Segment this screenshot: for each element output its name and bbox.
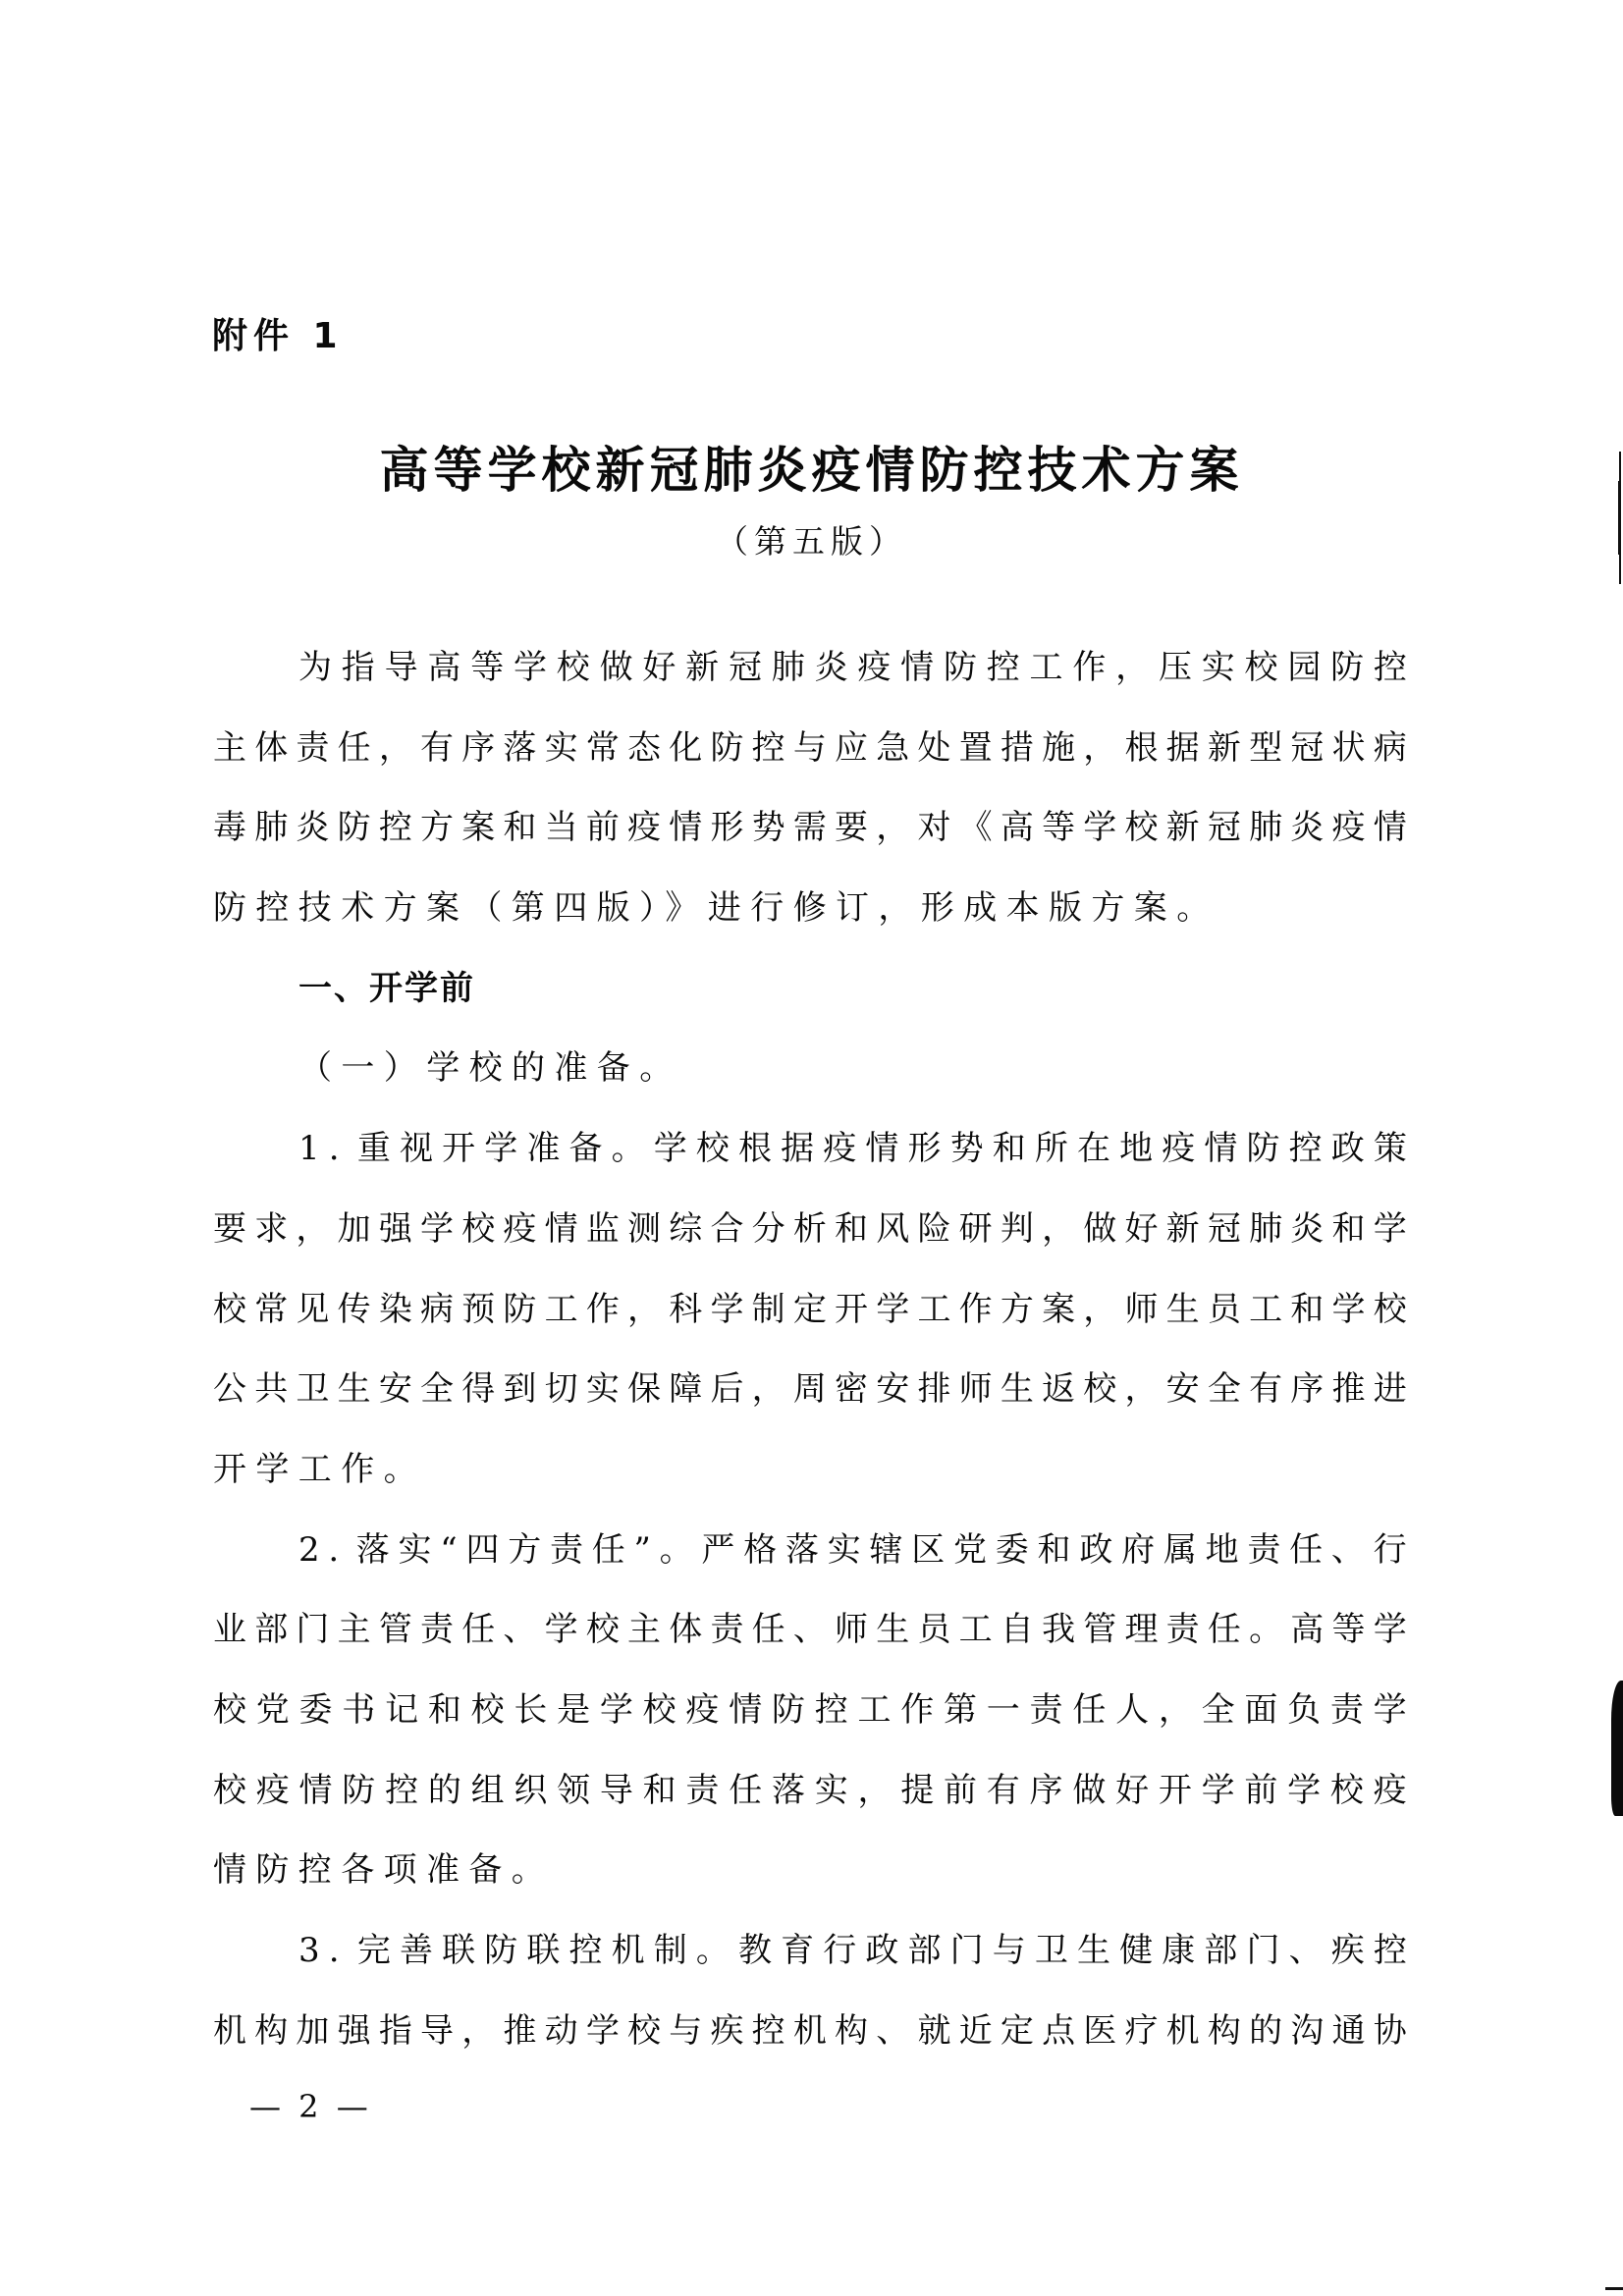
item-3-line: 3. 完善联防联控机制。教育行政部门与卫生健康部门、疾控 [213,1926,1407,2006]
document-subtitle: （第五版） [0,518,1623,565]
item-3-line: 机构加强指导，推动学校与疾控机构、就近定点医疗机构的沟通协 [213,2006,1407,2087]
document-title: 高等学校新冠肺炎疫情防控技术方案 [0,438,1623,503]
intro-paragraph-line: 毒肺炎防控方案和当前疫情形势需要，对《高等学校新冠肺炎疫情 [213,803,1407,883]
item-2-line: 校疫情防控的组织领导和责任落实，提前有序做好开学前学校疫 [213,1766,1407,1846]
scan-edge-mark [1619,452,1621,584]
item-2-line: 情防控各项准备。 [213,1845,1407,1926]
item-1-line: 要求，加强学校疫情监测综合分析和风险研判，做好新冠肺炎和学 [213,1204,1407,1285]
section-heading: 一、开学前 [213,964,1407,1044]
item-2-line: 校党委书记和校长是学校疫情防控工作第一责任人，全面负责学 [213,1685,1407,1766]
item-2-line: 业部门主管责任、学校主体责任、师生员工自我管理责任。高等学 [213,1605,1407,1685]
attachment-label: 附件 1 [212,312,344,361]
document-body: 为指导高等学校做好新冠肺炎疫情防控工作，压实校园防控 主体责任，有序落实常态化防… [213,643,1407,2086]
document-page: 附件 1 高等学校新冠肺炎疫情防控技术方案 （第五版） 为指导高等学校做好新冠肺… [0,0,1623,2296]
item-1-line: 公共卫生安全得到切实保障后，周密安排师生返校，安全有序推进 [213,1364,1407,1445]
intro-paragraph-line: 主体责任，有序落实常态化防控与应急处置措施，根据新型冠状病 [213,723,1407,804]
item-2-line: 2. 落实“四方责任”。严格落实辖区党委和政府属地责任、行 [213,1525,1407,1606]
item-1-line: 校常见传染病预防工作，科学制定开学工作方案，师生员工和学校 [213,1285,1407,1365]
scan-edge-shadow [1611,1681,1623,1816]
intro-paragraph-line: 为指导高等学校做好新冠肺炎疫情防控工作，压实校园防控 [213,643,1407,723]
intro-paragraph-line: 防控技术方案（第四版）》进行修订，形成本版方案。 [213,883,1407,964]
subsection-heading: （一）学校的准备。 [213,1043,1407,1124]
page-number: — 2 — [249,2085,372,2128]
item-1-line: 开学工作。 [213,1445,1407,1525]
item-1-line: 1. 重视开学准备。学校根据疫情形势和所在地疫情防控政策 [213,1124,1407,1204]
scan-edge-mark-thick [1618,481,1621,555]
scan-corner-mark [1605,2287,1623,2290]
